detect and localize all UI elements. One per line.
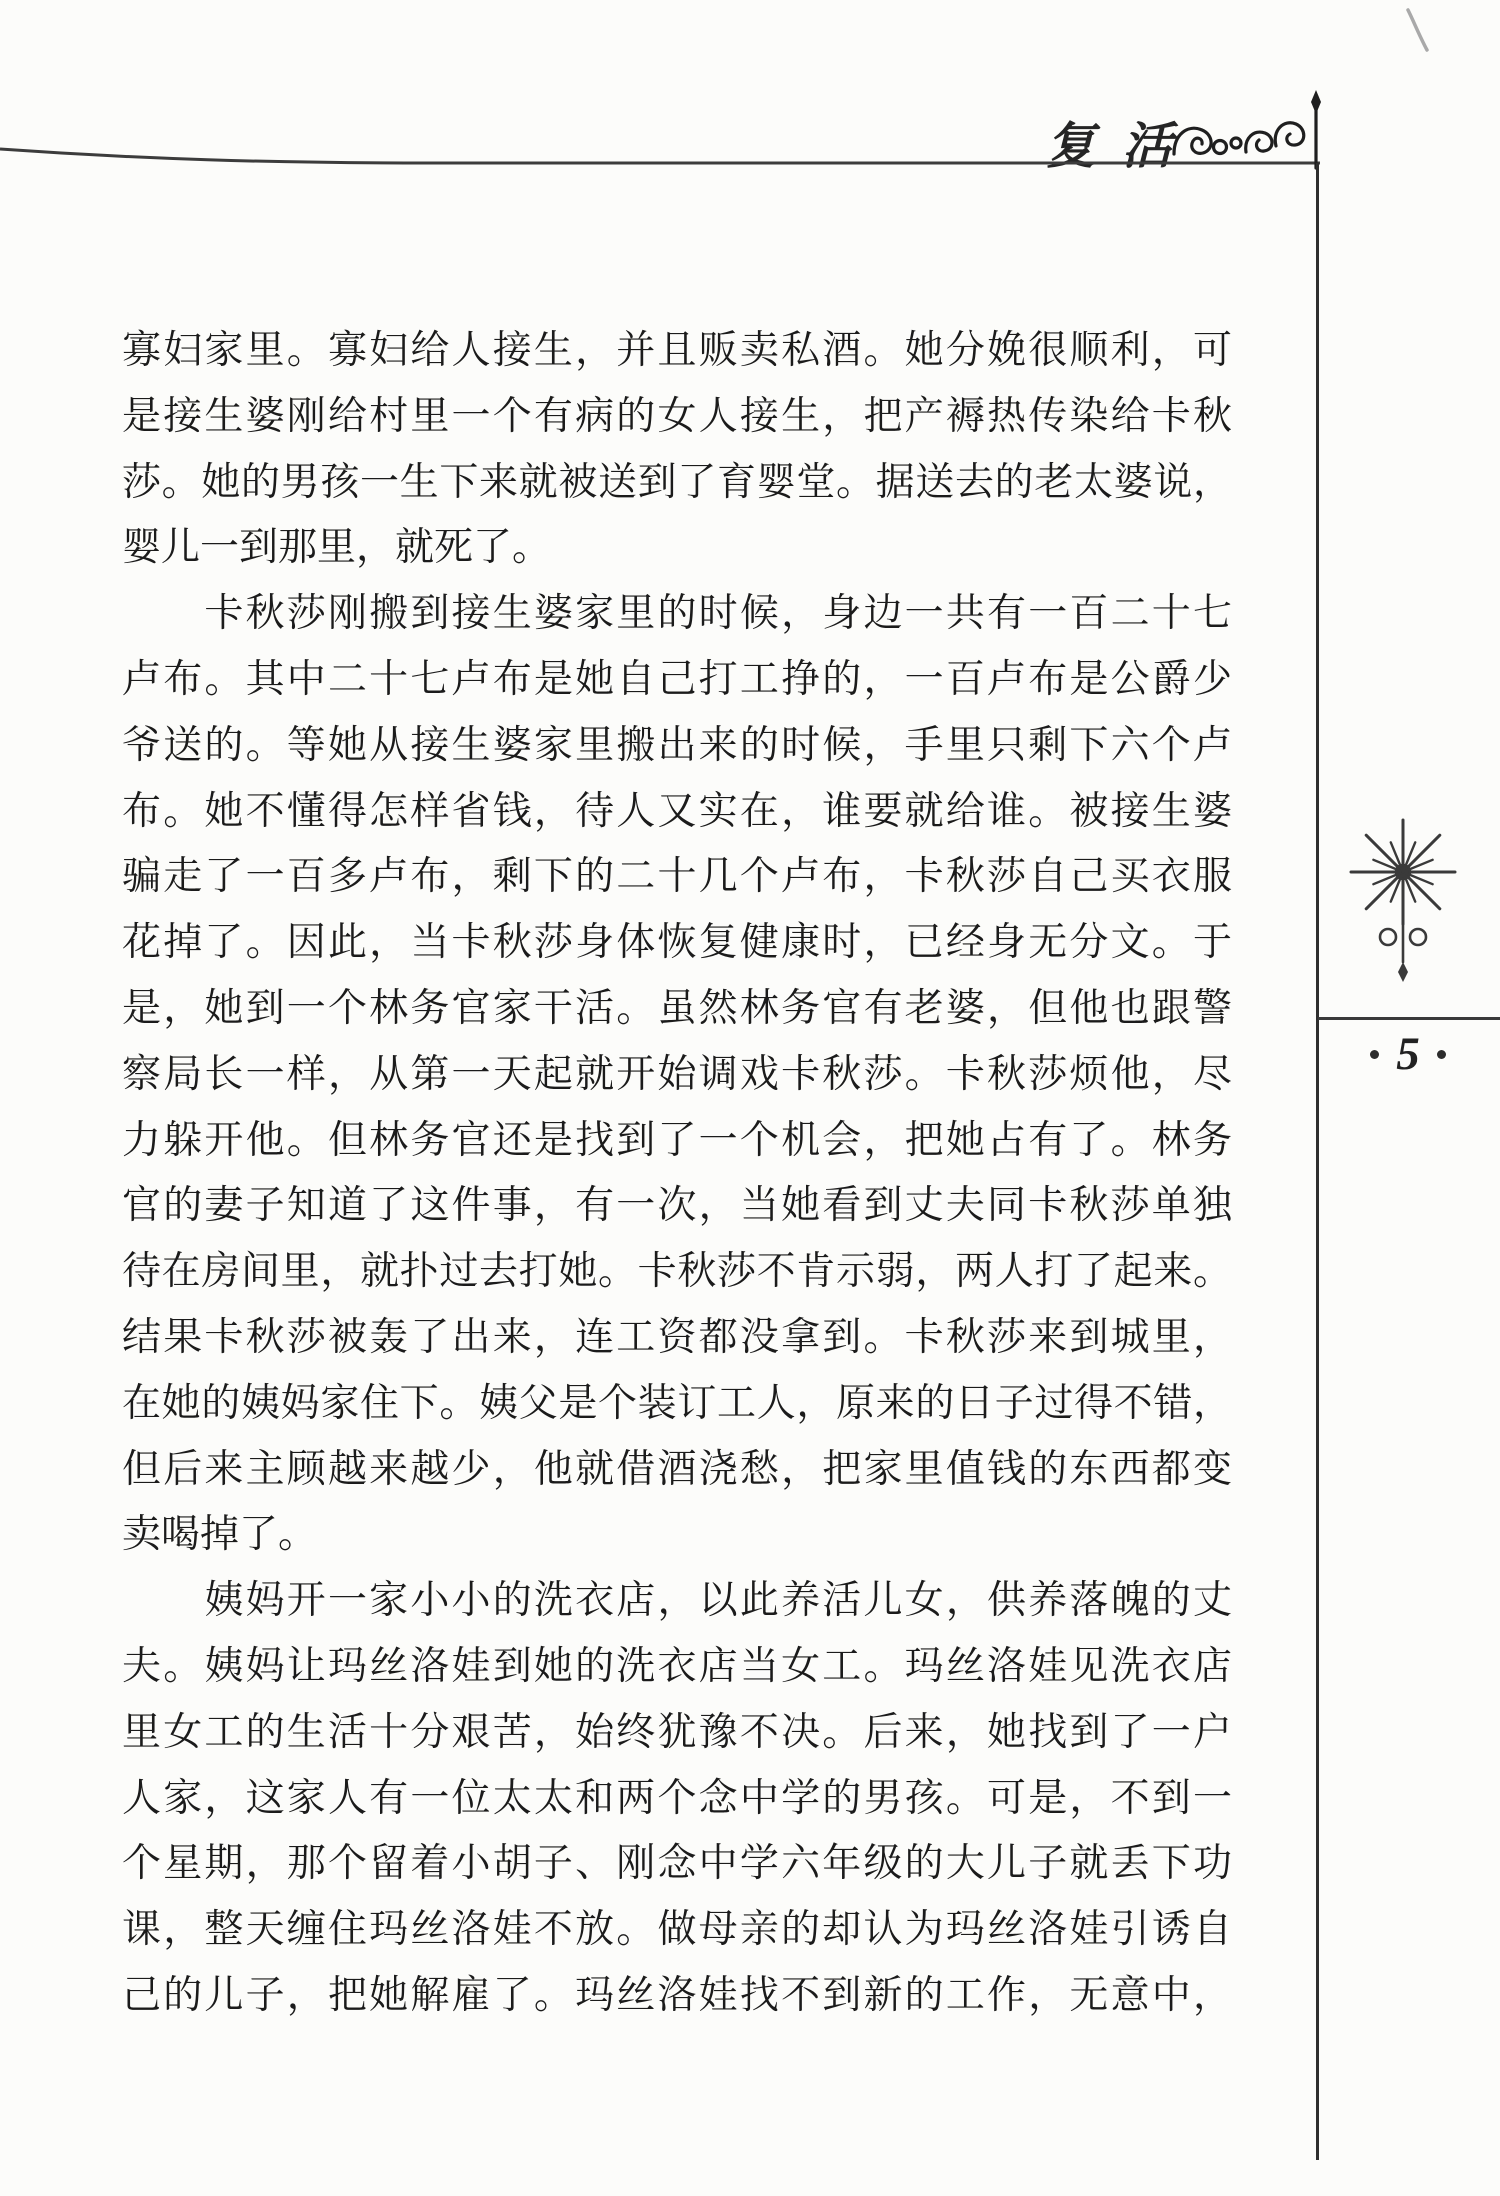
text-line: 卡秋莎刚搬到接生婆家里的时候，身边一共有一百二十七 bbox=[122, 581, 1232, 647]
body-text: 寡妇家里。寡妇给人接生，并且贩卖私酒。她分娩很顺利，可是接生婆刚给村里一个有病的… bbox=[122, 318, 1232, 2029]
text-line: 布。她不懂得怎样省钱，待人又实在，谁要就给谁。被接生婆 bbox=[122, 779, 1232, 845]
page-number: 5 bbox=[1396, 1024, 1420, 1084]
text-line: 在她的姨妈家住下。姨父是个装订工人，原来的日子过得不错， bbox=[122, 1371, 1232, 1437]
page-number-row: 5 bbox=[1316, 1024, 1500, 1084]
text-line: 结果卡秋莎被轰了出来，连工资都没拿到。卡秋莎来到城里， bbox=[122, 1305, 1232, 1371]
text-line: 夫。姨妈让玛丝洛娃到她的洗衣店当女工。玛丝洛娃见洗衣店 bbox=[122, 1634, 1232, 1700]
text-line: 姨妈开一家小小的洗衣店，以此养活儿女，供养落魄的丈 bbox=[122, 1568, 1232, 1634]
text-line: 个星期，那个留着小胡子、刚念中学六年级的大儿子就丢下功 bbox=[122, 1831, 1232, 1897]
text-line: 己的儿子，把她解雇了。玛丝洛娃找不到新的工作，无意中， bbox=[122, 1963, 1232, 2029]
margin-rule bbox=[1318, 1017, 1500, 1020]
header-flourish-icon bbox=[1170, 88, 1322, 172]
text-line: 待在房间里，就扑过去打她。卡秋莎不肯示弱，两人打了起来。 bbox=[122, 1239, 1232, 1305]
text-line: 力躲开他。但林务官还是找到了一个机会，把她占有了。林务 bbox=[122, 1108, 1232, 1174]
text-line: 官的妻子知道了这件事，有一次，当她看到丈夫同卡秋莎单独 bbox=[122, 1173, 1232, 1239]
text-line: 卖喝掉了。 bbox=[122, 1502, 1232, 1568]
text-line: 爷送的。等她从接生婆家里搬出来的时候，手里只剩下六个卢 bbox=[122, 713, 1232, 779]
text-line: 察局长一样，从第一天起就开始调戏卡秋莎。卡秋莎烦他，尽 bbox=[122, 1042, 1232, 1108]
text-line: 是接生婆刚给村里一个有病的女人接生，把产褥热传染给卡秋 bbox=[122, 384, 1232, 450]
page-number-dot-left bbox=[1370, 1050, 1379, 1059]
text-line: 但后来主顾越来越少，他就借酒浇愁，把家里值钱的东西都变 bbox=[122, 1437, 1232, 1503]
text-line: 骗走了一百多卢布，剩下的二十几个卢布，卡秋莎自己买衣服 bbox=[122, 844, 1232, 910]
header-rule bbox=[0, 138, 1320, 170]
text-line: 人家，这家人有一位太太和两个念中学的男孩。可是，不到一 bbox=[122, 1766, 1232, 1832]
page-number-dot-right bbox=[1437, 1050, 1446, 1059]
margin-vertical-rule bbox=[1316, 163, 1319, 2160]
scanned-book-page: 复活 bbox=[0, 0, 1500, 2196]
text-line: 里女工的生活十分艰苦，始终犹豫不决。后来，她找到了一户 bbox=[122, 1700, 1232, 1766]
margin-ornament-icon bbox=[1333, 812, 1473, 992]
text-line: 卢布。其中二十七卢布是她自己打工挣的，一百卢布是公爵少 bbox=[122, 647, 1232, 713]
scan-artifact-icon bbox=[1400, 8, 1436, 56]
text-line: 婴儿一到那里，就死了。 bbox=[122, 515, 1232, 581]
text-line: 莎。她的男孩一生下来就被送到了育婴堂。据送去的老太婆说， bbox=[122, 450, 1232, 516]
text-line: 课，整天缠住玛丝洛娃不放。做母亲的却认为玛丝洛娃引诱自 bbox=[122, 1897, 1232, 1963]
text-line: 是，她到一个林务官家干活。虽然林务官有老婆，但他也跟警 bbox=[122, 976, 1232, 1042]
text-line: 花掉了。因此，当卡秋莎身体恢复健康时，已经身无分文。于 bbox=[122, 910, 1232, 976]
text-line: 寡妇家里。寡妇给人接生，并且贩卖私酒。她分娩很顺利，可 bbox=[122, 318, 1232, 384]
